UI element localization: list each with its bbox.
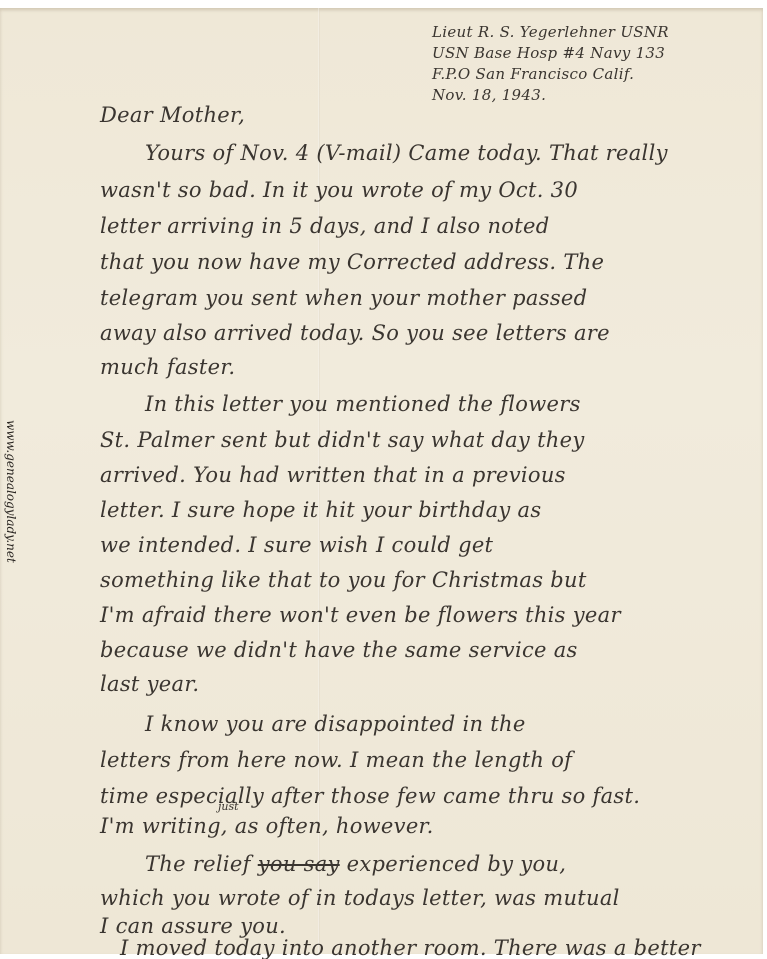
body-line: In this letter you mentioned the flowers bbox=[145, 392, 581, 416]
header-line-rank-name: Lieut R. S. Yegerlehner USNR bbox=[432, 22, 669, 43]
body-line: letter. I sure hope it hit your birthday… bbox=[100, 498, 541, 522]
body-line: I can assure you. bbox=[100, 914, 286, 938]
inserted-word-above: just bbox=[218, 800, 239, 813]
body-line: we intended. I sure wish I could get bbox=[100, 533, 493, 557]
body-line: time especially after those few came thr… bbox=[100, 784, 640, 808]
watermark-url: www.genealogylady.net bbox=[4, 420, 18, 563]
body-line: St. Palmer sent but didn't say what day … bbox=[100, 428, 585, 452]
body-line: something like that to you for Christmas… bbox=[100, 568, 587, 592]
body-line: I'm writing, as often, however. bbox=[100, 814, 434, 838]
relief-suffix: experienced by you, bbox=[347, 852, 567, 876]
body-line: away also arrived today. So you see lett… bbox=[100, 321, 610, 345]
body-line: much faster. bbox=[100, 355, 235, 379]
body-line: wasn't so bad. In it you wrote of my Oct… bbox=[100, 178, 578, 202]
struck-out-words: you say bbox=[258, 852, 340, 876]
body-line: which you wrote of in todays letter, was… bbox=[100, 886, 620, 910]
body-line-with-strikeout: The relief you say experienced by you, bbox=[145, 852, 566, 876]
body-line: I'm afraid there won't even be flowers t… bbox=[100, 603, 621, 627]
body-line: that you now have my Corrected address. … bbox=[100, 250, 604, 274]
body-line: letter arriving in 5 days, and I also no… bbox=[100, 214, 549, 238]
body-line: last year. bbox=[100, 672, 199, 696]
header-line-date: Nov. 18, 1943. bbox=[432, 85, 546, 106]
body-line: because we didn't have the same service … bbox=[100, 638, 578, 662]
header-line-fpo: F.P.O San Francisco Calif. bbox=[432, 64, 634, 85]
header-line-unit: USN Base Hosp #4 Navy 133 bbox=[432, 43, 665, 64]
body-line: Yours of Nov. 4 (V-mail) Came today. Tha… bbox=[145, 141, 668, 165]
body-line: letters from here now. I mean the length… bbox=[100, 748, 572, 772]
body-line: arrived. You had written that in a previ… bbox=[100, 463, 566, 487]
relief-prefix: The relief bbox=[145, 852, 251, 876]
body-line: I moved today into another room. There w… bbox=[120, 936, 701, 959]
body-line: telegram you sent when your mother passe… bbox=[100, 286, 587, 310]
body-line: I know you are disappointed in the bbox=[145, 712, 526, 736]
salutation: Dear Mother, bbox=[100, 103, 245, 127]
